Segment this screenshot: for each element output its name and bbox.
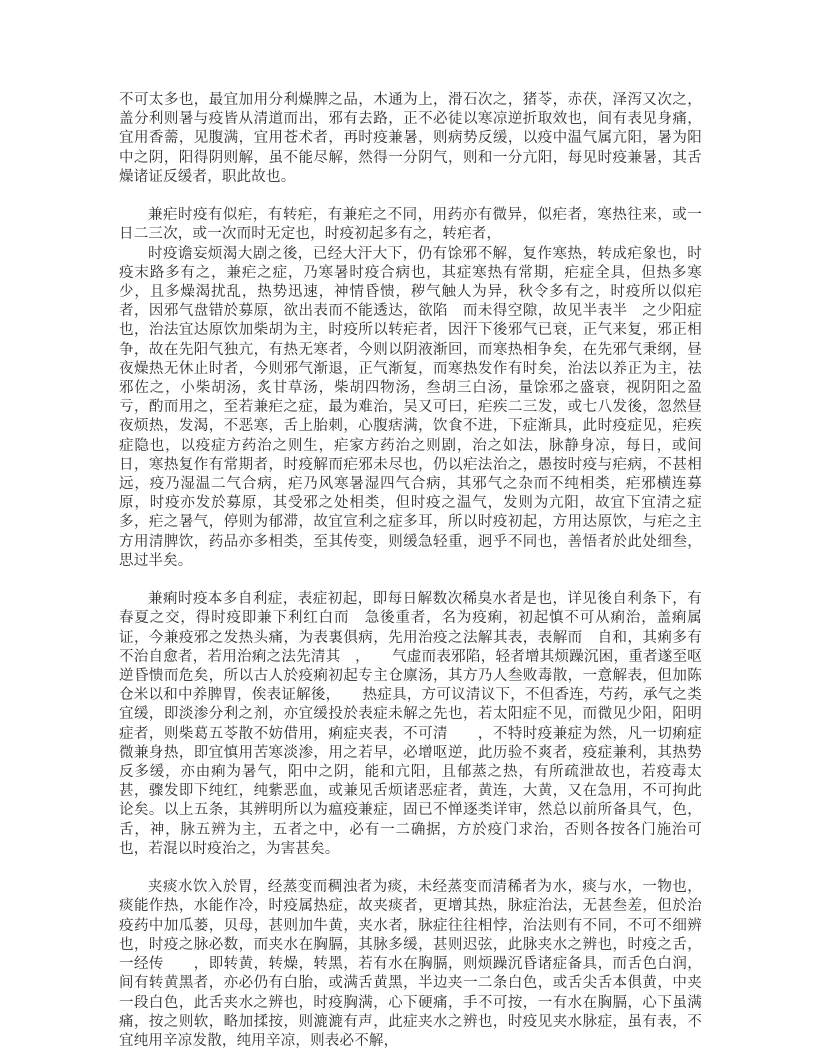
paragraph-jianli: 兼痢时疫本多自利症，表症初起，即每日解数次稀臭水者是也，详见後自利条下，有春夏之…	[119, 590, 702, 859]
document-page: 不可太多也，最宜加用分利燥脾之品，木通为上，滑石次之，猪苓，赤茯，泽泻又次之，盖…	[0, 0, 816, 1056]
paragraph-jianmue-intro: 兼疟时疫有似疟，有转疟，有兼疟之不同，用药亦有微异，似疟者，寒热往来，或一日二三…	[119, 206, 702, 244]
text-block: 不可太多也，最宜加用分利燥脾之品，木通为上，滑石次之，猪苓，赤茯，泽泻又次之，盖…	[119, 91, 702, 1051]
paragraph-jianmue-body: 时疫谵妄烦渴大剧之後，已经大汗大下，仍有馀邪不解，复作寒热，转成疟象也，时疫末路…	[119, 245, 702, 571]
paragraph-jiatan: 夹痰水饮入於胃，经蒸变而稠浊者为痰，未经蒸变而清稀者为水，痰与水，一物也，痰能作…	[119, 878, 702, 1051]
paragraph-continuation: 不可太多也，最宜加用分利燥脾之品，木通为上，滑石次之，猪苓，赤茯，泽泻又次之，盖…	[119, 91, 702, 187]
